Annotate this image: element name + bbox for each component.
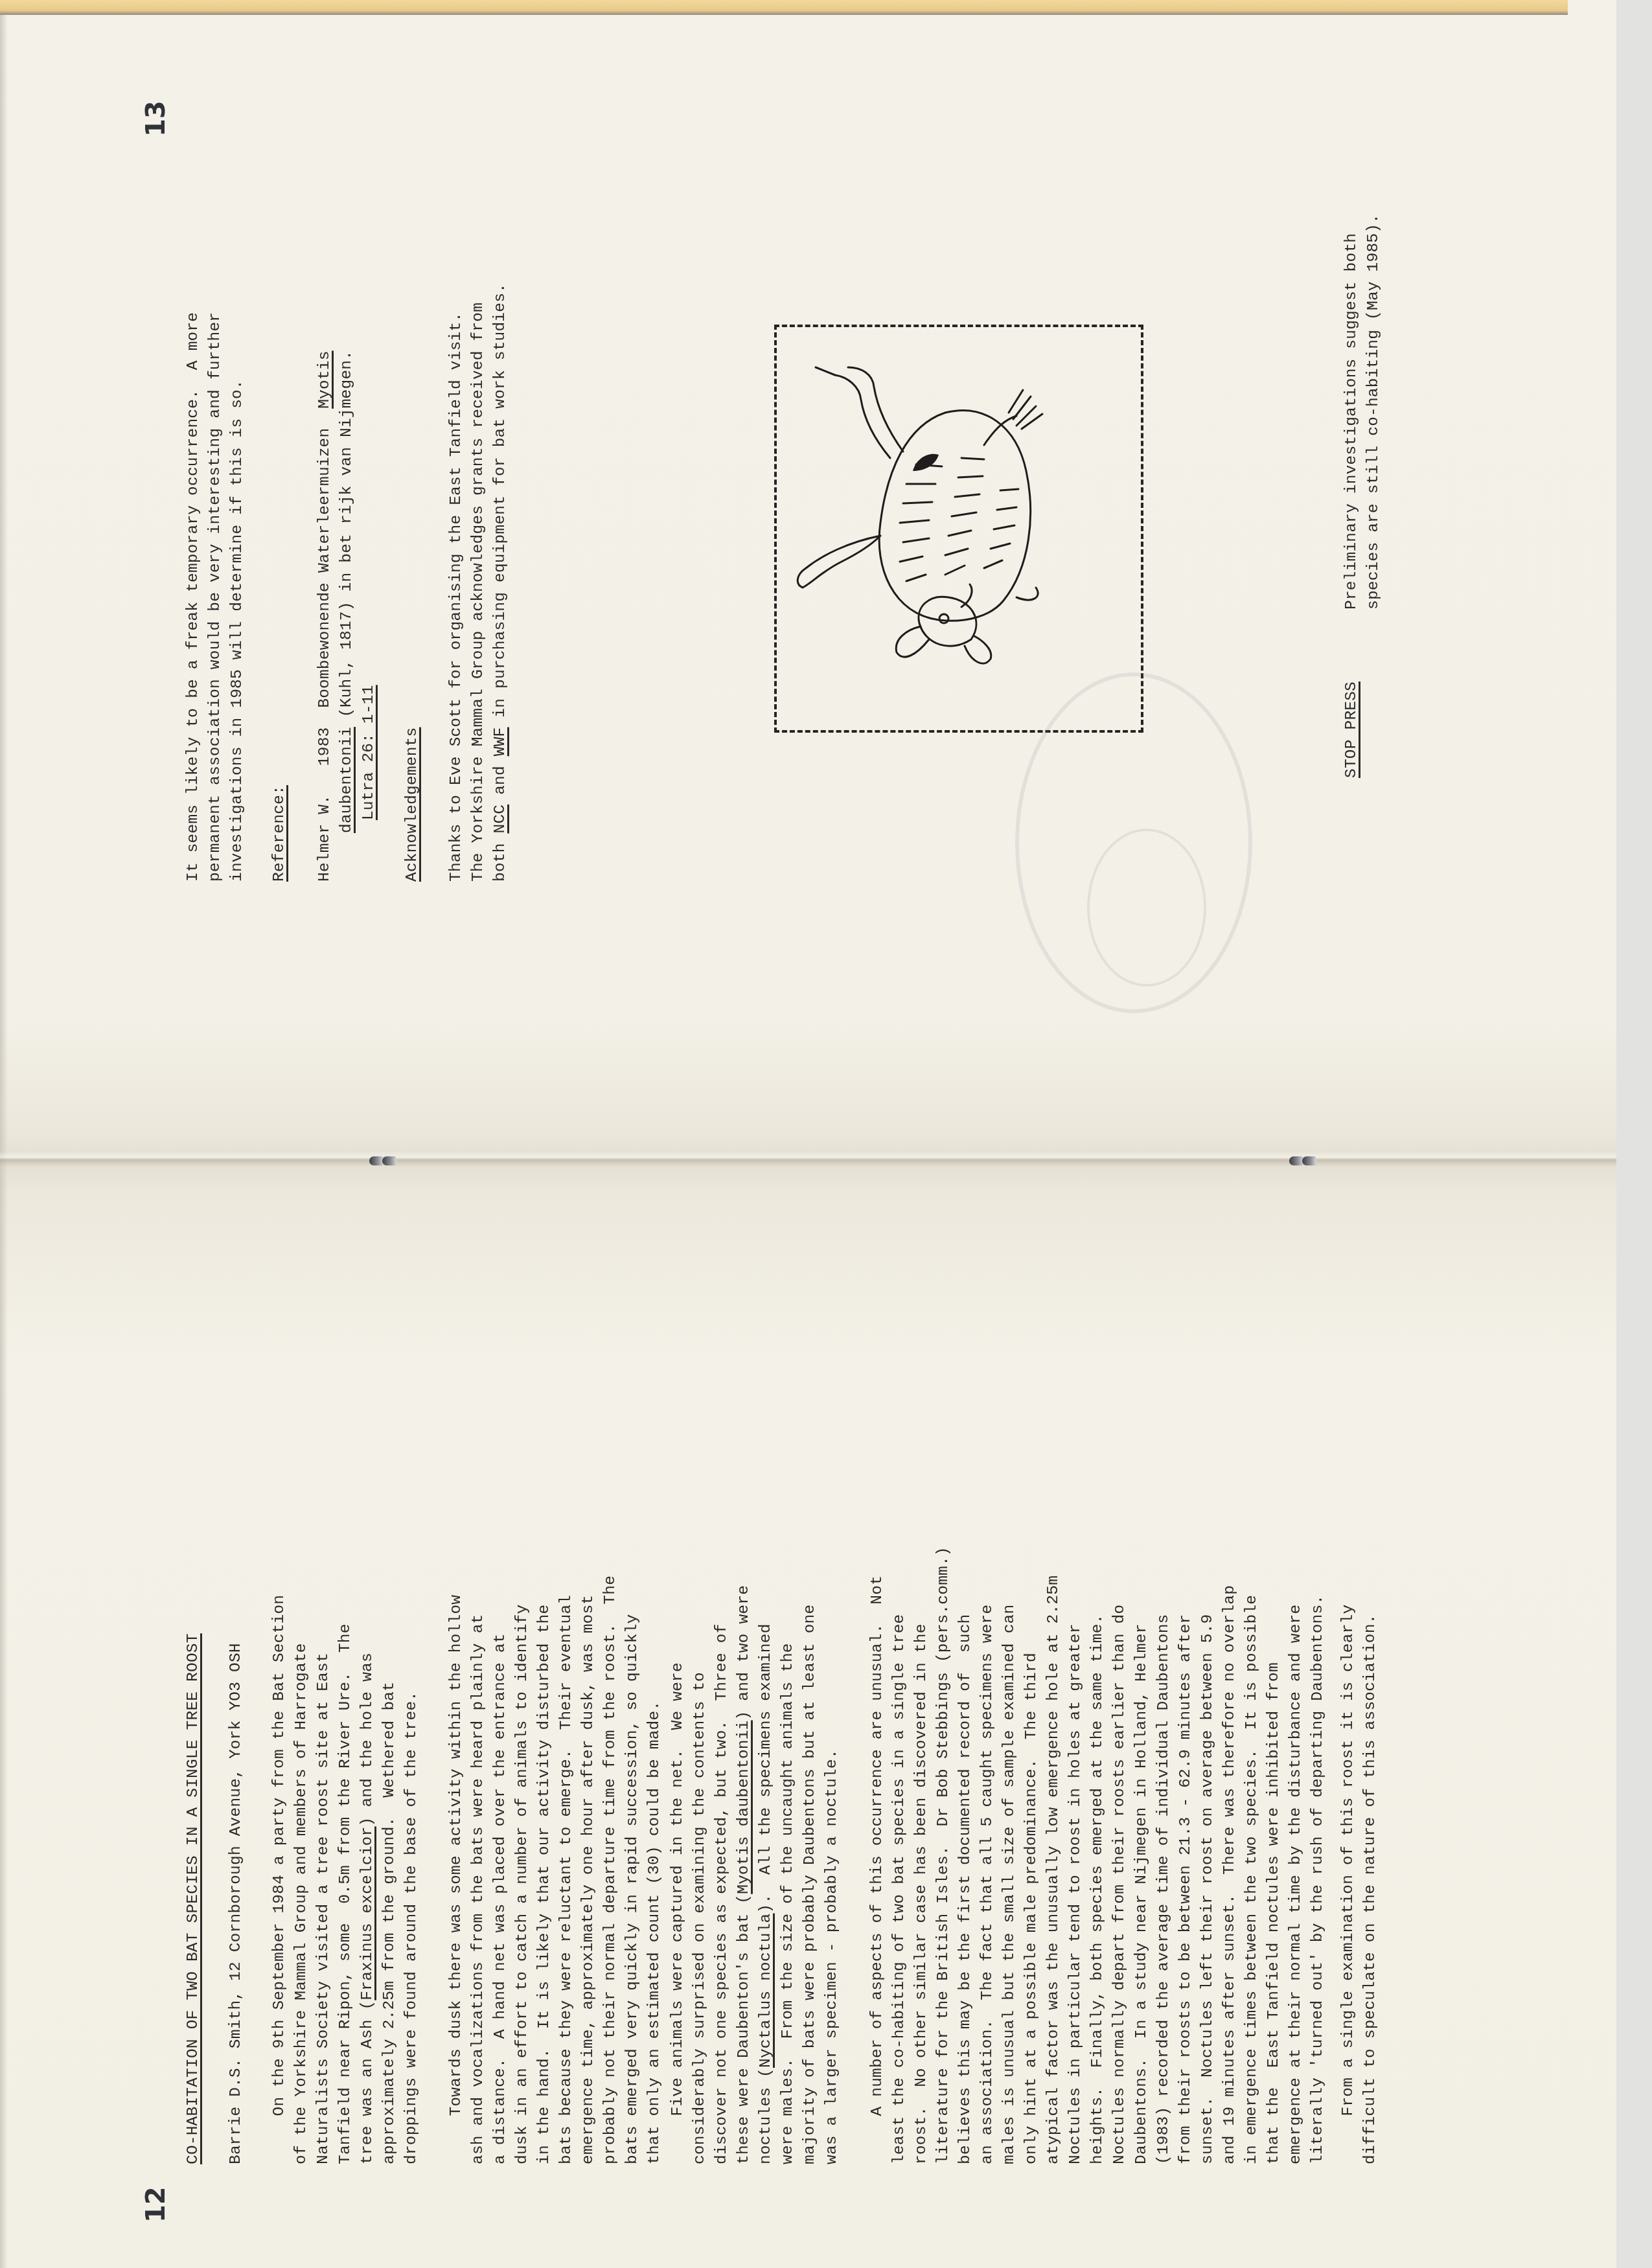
reference-line-1: Helmer W. 1983 Boombewonende Waterleermu… <box>314 350 336 882</box>
staple-icon <box>1289 1156 1303 1165</box>
paragraph-capture: Five animals were captured in the net. W… <box>667 1585 843 2164</box>
org-ncc: NCC <box>492 805 509 834</box>
text-line: were males. From the size of the uncaugh… <box>777 1585 799 2164</box>
text-line: dusk in an effort to catch a number of a… <box>512 1575 534 2164</box>
text-line: Noctules normally depart from their roos… <box>1109 1546 1131 2164</box>
text-line: Towards dusk there was some activity wit… <box>446 1575 468 2164</box>
text-line: from their roosts to be between 21.3 - 6… <box>1175 1546 1197 2164</box>
text-line: Daubentons. In a study near Nijmegen in … <box>1131 1546 1153 2164</box>
text-line: males is unusual but the small size of s… <box>999 1546 1021 2164</box>
ack-text: and <box>492 756 509 805</box>
text-line: species are still co-habiting (May 1985)… <box>1363 214 1385 610</box>
text-line: of the Yorkshire Mammal Group and member… <box>291 1595 313 2164</box>
text-line: ash and vocalizations from the bats were… <box>468 1575 490 2164</box>
text-line: approximately 2.25m from the ground. Wet… <box>379 1595 401 2164</box>
ack-text: both <box>492 833 509 882</box>
text-line: From a single examination of this roost … <box>1338 1605 1360 2164</box>
paragraph-conclusion: From a single examination of this roost … <box>1338 1605 1382 2164</box>
stop-press-label: STOP PRESS <box>1341 682 1363 778</box>
text-line: It seems likely to be a freak temporary … <box>183 312 205 882</box>
text-line: least the co-habiting of two bat species… <box>889 1546 911 2164</box>
reference-line-2: daubentonii (Kuhl, 1817) in bet rijk van… <box>336 350 358 833</box>
text-line: heights. Finally, both species emerged a… <box>1087 1546 1109 2164</box>
author-line: Barrie D.S. Smith, 12 Cornborough Avenue… <box>225 1643 247 2164</box>
text-line: in emergence times between the two speci… <box>1241 1546 1263 2164</box>
page-number: 13 <box>141 100 171 137</box>
reference-genus: Myotis <box>316 350 334 408</box>
text-line: bats because they were reluctant to emer… <box>556 1575 578 2164</box>
text-line: an association. The fact that all 5 caug… <box>977 1546 999 2164</box>
cover-strip <box>0 0 1568 15</box>
staple-icon <box>382 1156 396 1165</box>
text-line: literature for the British Isles. Dr Bob… <box>933 1546 955 2164</box>
paragraph-intro: On the 9th September 1984 a party from t… <box>269 1595 423 2164</box>
text-line: a distance. A hand net was placed over t… <box>490 1575 512 2164</box>
article-title: CO-HABITATION OF TWO BAT SPECIES IN A SI… <box>183 1633 205 2164</box>
reference-author: Helmer W. 1983 Boombewonende Waterleermu… <box>316 409 334 882</box>
text-line: noctules (Nyctalus noctula). All the spe… <box>755 1585 777 2164</box>
acknowledgements-last-line: both NCC and WWF in purchasing equipment… <box>490 283 512 882</box>
text-line: was a larger specimen - probably a noctu… <box>821 1585 843 2164</box>
text-line: and 19 minutes after sunset. There was t… <box>1219 1546 1241 2164</box>
text-line: emergence at their normal time by the di… <box>1285 1546 1307 2164</box>
text-line: only hint at a possible male predominanc… <box>1021 1546 1043 2164</box>
text-line: discover not one species as expected, bu… <box>711 1585 733 2164</box>
text-line: bats emerged very quickly in rapid succe… <box>622 1575 644 2164</box>
text-line: literally 'turned out' by the rush of de… <box>1307 1546 1329 2164</box>
text-line: The Yorkshire Mammal Group acknowledges … <box>468 303 490 882</box>
text-line: On the 9th September 1984 a party from t… <box>269 1595 291 2164</box>
text-line: Preliminary investigations suggest both <box>1341 214 1363 610</box>
spine-fold <box>0 1151 1616 1167</box>
reference-title-rest: (Kuhl, 1817) in bet rijk van Nijmegen. <box>338 350 356 727</box>
stop-press-text: Preliminary investigations suggest boths… <box>1341 214 1385 610</box>
text-line: Noctules in particular tend to roost in … <box>1065 1546 1087 2164</box>
text-line: that the East Tanfield noctules were inh… <box>1263 1546 1285 2164</box>
text-line: investigations in 1985 will determine if… <box>227 312 249 882</box>
text-line: permanent association would be very inte… <box>205 312 227 882</box>
text-line: roost. No other similar case has been di… <box>911 1546 933 2164</box>
show-through-ghost <box>939 616 1328 1070</box>
paragraph-dusk: Towards dusk there was some activity wit… <box>446 1575 666 2164</box>
staple-icon <box>369 1156 384 1165</box>
reference-journal: Lutra 26: 1-11 <box>358 685 380 820</box>
page-edge <box>0 0 8 2268</box>
text-line: Naturalists Society visited a tree roost… <box>313 1595 335 2164</box>
text-line: atypical factor was the unusually low em… <box>1043 1546 1065 2164</box>
acknowledgements-heading: Acknowledgements <box>402 727 424 882</box>
org-wwf: WWF <box>492 727 509 757</box>
text-line: tree was an Ash (Fraxinus excelcior) and… <box>357 1595 379 2164</box>
text-line: in the hand. It is likely that our activ… <box>534 1575 556 2164</box>
scan-margin <box>1616 0 1652 2268</box>
scientific-name: Fraxinus excelcior <box>359 1826 376 2000</box>
scientific-name: Myotis daubentonii <box>735 1720 753 1894</box>
text-line: Five animals were captured in the net. W… <box>667 1585 689 2164</box>
text-line: these were Daubenton's bat (Myotis daube… <box>733 1585 755 2164</box>
text-line: believes this may be the first documente… <box>955 1546 977 2164</box>
text-line: A number of aspects of this occurrence a… <box>867 1546 889 2164</box>
text-line: droppings were found around the base of … <box>401 1595 423 2164</box>
text-line: difficult to speculate on the nature of … <box>1360 1605 1382 2164</box>
text-line: emergence time, approximately one hour a… <box>578 1575 600 2164</box>
text-line: considerably surprised on examining the … <box>689 1585 711 2164</box>
reference-species: daubentonii <box>338 727 356 833</box>
staple-icon <box>1302 1156 1316 1165</box>
text-line: majority of bats were probably Daubenton… <box>799 1585 821 2164</box>
text-line: Tanfield near Ripon, some 0.5m from the … <box>335 1595 357 2164</box>
scientific-name: Nyctalus noctula <box>757 1914 775 2068</box>
reference-heading: Reference: <box>269 785 291 882</box>
text-line: (1983) recorded the average time of indi… <box>1153 1546 1175 2164</box>
text-line: that only an estimated count (30) could … <box>644 1575 666 2164</box>
page-number: 12 <box>141 2186 171 2223</box>
paragraph-aspects: A number of aspects of this occurrence a… <box>867 1546 1329 2164</box>
paragraph-freak-occurrence: It seems likely to be a freak temporary … <box>183 312 249 882</box>
text-line: Thanks to Eve Scott for organising the E… <box>446 303 468 882</box>
text-line: sunset. Noctules left their roost on ave… <box>1197 1546 1219 2164</box>
ack-text: in purchasing equipment for bat work stu… <box>492 283 509 727</box>
acknowledgements-text: Thanks to Eve Scott for organising the E… <box>446 303 490 882</box>
scanned-spread: 12 CO-HABITATION OF TWO BAT SPECIES IN A… <box>0 0 1652 2268</box>
text-line: probably not their normal departure time… <box>600 1575 622 2164</box>
